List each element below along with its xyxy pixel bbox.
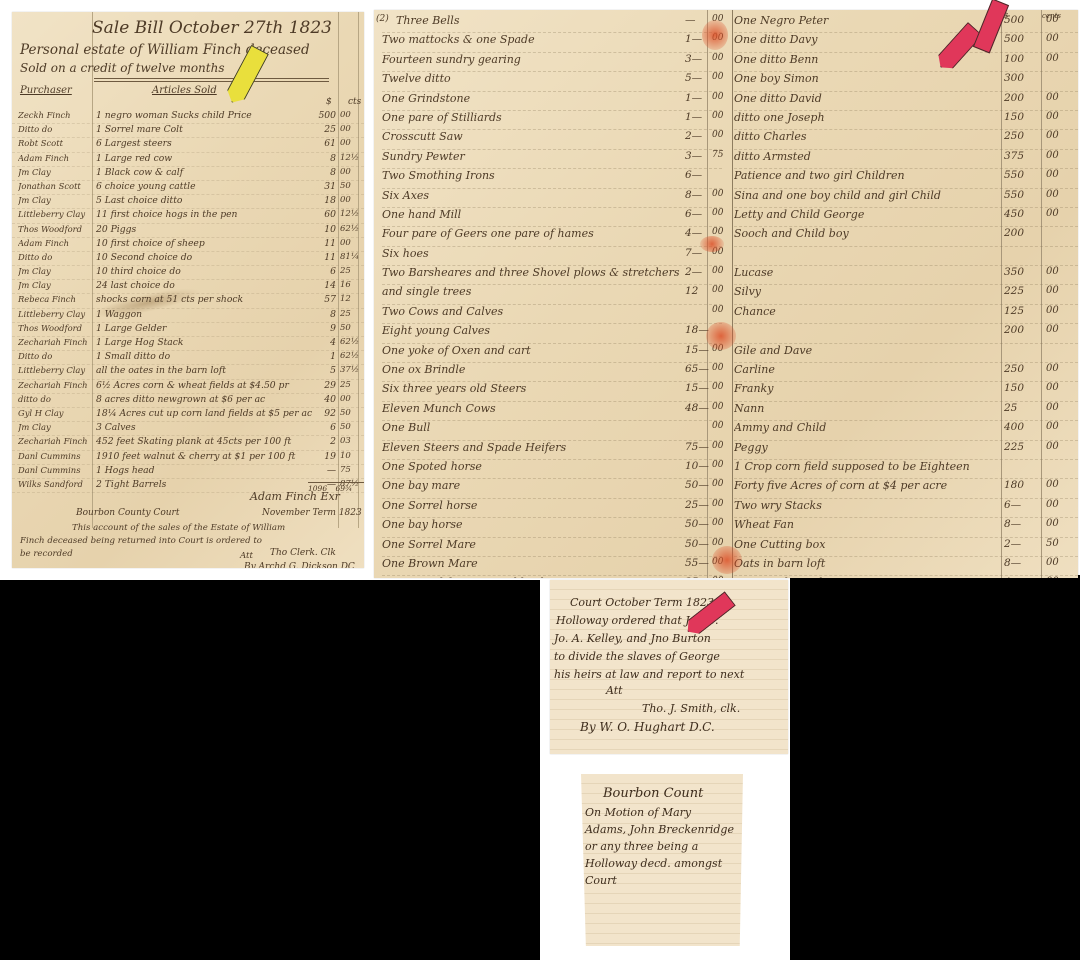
item-description: Oats in barn loft (734, 557, 1002, 570)
cents-cell: 37½ (340, 365, 362, 375)
cents-value: 00 (712, 208, 734, 227)
fragment-line: Bourbon Count (603, 786, 703, 801)
fragment-line: Court October Term 1823, (570, 596, 718, 609)
item-dollars: 375 (1004, 150, 1024, 162)
article-cell: 1 Large Hog Stack (96, 337, 316, 348)
list-item: One ditto Benn10000 (734, 53, 1078, 72)
dollars-cell: 31 (312, 181, 336, 192)
sale-table: Zeckh Finch1 negro woman Sucks child Pri… (12, 110, 364, 493)
list-item: One hand Mill6— (382, 208, 722, 227)
item-description: Six three years old Steers (382, 382, 682, 395)
table-row: Danl Cummins1 Hogs head—75 (12, 465, 364, 479)
item-dollars: 200 (1004, 92, 1024, 104)
cents-value: 00 (712, 111, 734, 130)
article-cell: 10 third choice do (96, 266, 316, 277)
item-dollars: 125 (1004, 305, 1024, 317)
list-item: 20000 (734, 324, 1078, 343)
dollars-cell: 92 (312, 408, 336, 419)
list-item: One boy Simon300 (734, 72, 1078, 91)
fragment-line: to divide the slaves of George (554, 650, 720, 663)
item-cents: 00 (1046, 518, 1059, 529)
item-cents: 00 (1046, 130, 1059, 141)
cents-cell: 00 (340, 110, 362, 120)
purchaser-cell: Thos Woodford (18, 224, 94, 234)
item-description: Gile and Dave (734, 344, 1002, 357)
item-cents: 00 (1046, 576, 1059, 578)
item-description: and single trees (382, 285, 682, 298)
item-cents: 00 (1046, 111, 1059, 122)
clerk-signature: Tho Clerk. Clk (270, 548, 336, 558)
table-row: Adam Finch10 first choice of sheep1100 (12, 238, 364, 252)
list-item: Six three years old Steers15— (382, 382, 722, 401)
list-item: Two Barsheares and three Shovel plows & … (382, 266, 722, 285)
item-dollars: 8— (1004, 518, 1021, 530)
fragment-attest: Att (606, 684, 623, 697)
table-row: Danl Cummins1910 feet walnut & cherry at… (12, 451, 364, 465)
article-cell: 1 Large red cow (96, 153, 316, 164)
list-item: Peggy22500 (734, 441, 1078, 460)
item-description: Ammy and Child (734, 421, 1002, 434)
item-description: One Sorrel four years old colt (382, 576, 682, 578)
wax-seal (700, 236, 724, 252)
cents-cell: 00 (340, 394, 362, 404)
table-row: Zechariah Finch1 Large Hog Stack462½ (12, 337, 364, 351)
document-subtitle-2: Sold on a credit of twelve months (20, 61, 224, 75)
cents-cell: 62½ (340, 224, 362, 234)
court-date: November Term 1823 (262, 508, 362, 518)
item-dollars: 25 (1004, 402, 1017, 414)
list-item: One Brown Mare55— (382, 557, 722, 576)
dollars-cell: 8 (312, 309, 336, 320)
dollars-cell: 18 (312, 195, 336, 206)
item-cents: 00 (1046, 208, 1059, 219)
item-dollars: 180 (1004, 479, 1024, 491)
item-description: One Bull (382, 421, 682, 434)
page-number-mark: (2) (376, 14, 389, 24)
item-description: ditto one Joseph (734, 111, 1002, 124)
inventory-document: $ cents Three Bells—(2)Two mattocks & on… (374, 10, 1078, 578)
cents-value: 00 (712, 92, 734, 111)
item-value: 2— (685, 130, 702, 142)
cents-value: 00 (712, 53, 734, 72)
item-description: Letty and Child George (734, 208, 1002, 221)
item-description: Nann (734, 402, 1002, 415)
fragment-line: Holloway decd. amongst (585, 857, 722, 870)
item-value: 8— (685, 189, 702, 201)
article-cell: 5 Last choice ditto (96, 195, 316, 206)
item-value: 65— (685, 363, 709, 375)
cents-cell: 00 (340, 238, 362, 248)
item-cents: 00 (1046, 382, 1059, 393)
fragment-line: or any three being a (585, 840, 698, 853)
item-description: One yoke of Oxen and cart (382, 344, 682, 357)
article-cell: 11 first choice hogs in the pen (96, 209, 316, 220)
cents-value: 00 (712, 518, 734, 537)
list-item: 1 Crop corn field supposed to be Eightee… (734, 460, 1078, 479)
list-item: Chance12500 (734, 305, 1078, 324)
purchaser-header: Purchaser (20, 85, 72, 96)
article-cell: 1 Large Gelder (96, 323, 316, 334)
dollars-cell: 1 (312, 351, 336, 362)
item-description: One Spoted horse (382, 460, 682, 473)
cents-value: 00 (712, 421, 734, 440)
purchaser-cell: Danl Cummins (18, 451, 94, 461)
article-cell: 10 Second choice do (96, 252, 316, 263)
article-cell: shocks corn at 51 cts per shock (96, 294, 316, 305)
list-item: ditto Charles25000 (734, 130, 1078, 149)
item-cents: 50 (1046, 538, 1059, 549)
article-cell: 1 Sorrel mare Colt (96, 124, 316, 135)
list-item: Oats in barn loft8—00 (734, 557, 1078, 576)
item-value: 1— (685, 33, 702, 45)
item-dollars: 2— (1004, 538, 1021, 550)
item-dollars: 300 (1004, 72, 1024, 84)
dollars-cell: 8 (312, 153, 336, 164)
item-description: Eleven Munch Cows (382, 402, 682, 415)
list-item: Sooch and Child boy200 (734, 227, 1078, 246)
purchaser-cell: Jonathan Scott (18, 181, 94, 191)
list-item: Eleven Steers and Spade Heifers75— (382, 441, 722, 460)
list-item: Carline25000 (734, 363, 1078, 382)
item-cents: 00 (1046, 479, 1059, 490)
dollars-cell: 29 (312, 380, 336, 391)
list-item: Lucase35000 (734, 266, 1078, 285)
table-row: Jonathan Scott6 choice young cattle3150 (12, 181, 364, 195)
purchaser-cell: Ditto do (18, 252, 94, 262)
sale-bill-document: Sale Bill October 27th 1823 Personal est… (12, 12, 364, 568)
list-item: One bay mare50— (382, 479, 722, 498)
fragment-clerk: Tho. J. Smith, clk. (642, 702, 740, 715)
item-description: Silvy (734, 285, 1002, 298)
black-background-right (790, 575, 1080, 960)
cents-value: 00 (712, 460, 734, 479)
item-cents: 00 (1046, 499, 1059, 510)
item-description: Eight young Calves (382, 324, 682, 337)
dollars-cell: 60 (312, 209, 336, 220)
item-description: Two Smothing Irons (382, 169, 682, 182)
dollars-cell: 6 (312, 266, 336, 277)
item-value: 12 (685, 285, 698, 297)
purchaser-cell: Zeckh Finch (18, 110, 94, 120)
cents-value: 00 (712, 479, 734, 498)
cents-value: 00 (712, 499, 734, 518)
cents-value: 00 (712, 576, 734, 578)
purchaser-cell: Adam Finch (18, 153, 94, 163)
item-value: 1— (685, 92, 702, 104)
cents-value (712, 169, 734, 188)
list-item: One bay horse50— (382, 518, 722, 537)
item-description: Franky (734, 382, 1002, 395)
cents-cell: 50 (340, 323, 362, 333)
item-cents: 00 (1046, 53, 1059, 64)
item-dollars: 250 (1004, 363, 1024, 375)
item-value: 35— (685, 576, 709, 578)
item-description: One Sorrel horse (382, 499, 682, 512)
article-cell: 18¼ Acres cut up corn land fields at $5 … (96, 408, 316, 419)
article-cell: 1 Small ditto do (96, 351, 316, 362)
cents-cell: 00 (340, 124, 362, 134)
item-value: 4— (685, 227, 702, 239)
purchaser-cell: Wilks Sandford (18, 479, 94, 489)
article-cell: 6 Largest steers (96, 138, 316, 149)
list-item: Patience and two girl Children55000 (734, 169, 1078, 188)
list-item: Eight young Calves18— (382, 324, 722, 343)
court-order-line: Finch deceased being returned into Court… (20, 536, 262, 546)
item-description: 1 Crop corn field supposed to be Eightee… (734, 460, 1002, 473)
item-value: 3— (685, 150, 702, 162)
item-value: 10— (685, 460, 709, 472)
dollars-cell: 10 (312, 224, 336, 235)
fragment-line: Jo. A. Kelley, and Jno Burton (554, 632, 711, 645)
item-dollars: 225 (1004, 441, 1024, 453)
item-cents: 00 (1046, 305, 1059, 316)
table-row: Zechariah Finch6½ Acres corn & wheat fie… (12, 380, 364, 394)
list-item: Six hoes7— (382, 247, 722, 266)
cents-value: 00 (712, 72, 734, 91)
inventory-left-list: Three Bells—(2)Two mattocks & one Spade1… (382, 14, 722, 578)
table-row: Littleberry Clay11 first choice hogs in … (12, 209, 364, 223)
list-item: Gile and Dave (734, 344, 1078, 363)
table-row: ditto do8 acres ditto newgrown at $6 per… (12, 394, 364, 408)
cents-value: 75 (712, 150, 734, 169)
item-value: 15— (685, 382, 709, 394)
item-value: 25— (685, 499, 709, 511)
wax-seal (702, 20, 728, 50)
article-cell: 2 Tight Barrels (96, 479, 316, 490)
fragment-line: Court (585, 874, 617, 887)
article-cell: 10 first choice of sheep (96, 238, 316, 249)
item-cents: 00 (1046, 150, 1059, 161)
list-item: One two horse harrow4—00 (734, 576, 1078, 578)
list-item: Eleven Munch Cows48— (382, 402, 722, 421)
dollars-cell: — (312, 465, 336, 476)
item-dollars: 400 (1004, 421, 1024, 433)
cents-cell: 00 (340, 167, 362, 177)
purchaser-cell: Jm Clay (18, 422, 94, 432)
cents-header: cts (348, 97, 361, 107)
cents-value: 00 (712, 382, 734, 401)
cents-value: 00 (712, 189, 734, 208)
dollars-cell: 14 (312, 280, 336, 291)
item-value: 2— (685, 266, 702, 278)
article-cell: 8 acres ditto newgrown at $6 per ac (96, 394, 316, 405)
item-description: Two Barsheares and three Shovel plows & … (382, 266, 682, 279)
list-item: Wheat Fan8—00 (734, 518, 1078, 537)
cents-value: 00 (712, 363, 734, 382)
black-background-left (0, 580, 540, 960)
list-item: Franky15000 (734, 382, 1078, 401)
cents-cell: 00 (340, 138, 362, 148)
list-item: Two wry Stacks6—00 (734, 499, 1078, 518)
fragment-deputy: By W. O. Hughart D.C. (580, 720, 715, 734)
purchaser-cell: Littleberry Clay (18, 209, 94, 219)
item-cents: 00 (1046, 92, 1059, 103)
list-item: One Spoted horse10— (382, 460, 722, 479)
item-dollars: 500 (1004, 33, 1024, 45)
document-title: Sale Bill October 27th 1823 (92, 18, 332, 38)
list-item: Twelve ditto5— (382, 72, 722, 91)
list-item: One Grindstone1— (382, 92, 722, 111)
cents-cell: 12½ (340, 209, 362, 219)
item-dollars: 100 (1004, 53, 1024, 65)
item-value: 6— (685, 169, 702, 181)
table-row: Adam Finch1 Large red cow812½ (12, 153, 364, 167)
item-description: Wheat Fan (734, 518, 1002, 531)
item-description: Fourteen sundry gearing (382, 53, 682, 66)
purchaser-cell: Zechariah Finch (18, 380, 94, 390)
article-cell: 3 Calves (96, 422, 316, 433)
list-item: One Negro Peter50000 (734, 14, 1078, 33)
item-value: 15— (685, 344, 709, 356)
cents-cell: 12 (340, 294, 362, 304)
deputy-clerk-signature: By Archd G. Dickson DC (244, 562, 355, 568)
purchaser-cell: ditto do (18, 394, 94, 404)
purchaser-cell: Thos Woodford (18, 323, 94, 333)
item-value: 3— (685, 53, 702, 65)
table-row: Rebeca Finchshocks corn at 51 cts per sh… (12, 294, 364, 308)
purchaser-cell: Jm Clay (18, 167, 94, 177)
purchaser-cell: Jm Clay (18, 195, 94, 205)
purchaser-cell: Littleberry Clay (18, 309, 94, 319)
article-cell: all the oates in the barn loft (96, 365, 316, 376)
dollars-cell: 11 (312, 252, 336, 263)
dollars-cell: 8 (312, 167, 336, 178)
cents-cell: 16 (340, 280, 362, 290)
list-item: Four pare of Geers one pare of hames4— (382, 227, 722, 246)
cents-cell: 25 (340, 309, 362, 319)
item-dollars: 550 (1004, 169, 1024, 181)
item-description: Two Cows and Calves (382, 305, 682, 318)
item-description: One hand Mill (382, 208, 682, 221)
item-description: One bay mare (382, 479, 682, 492)
article-cell: 20 Piggs (96, 224, 316, 235)
purchaser-cell: Ditto do (18, 124, 94, 134)
item-cents: 00 (1046, 33, 1059, 44)
table-row: Zeckh Finch1 negro woman Sucks child Pri… (12, 110, 364, 124)
cents-cell: 75 (340, 465, 362, 475)
item-description: One boy Simon (734, 72, 1002, 85)
item-cents: 00 (1046, 169, 1059, 180)
table-row: Jm Clay10 third choice do625 (12, 266, 364, 280)
header-rule (94, 78, 329, 79)
dollars-cell: 40 (312, 394, 336, 405)
item-value: 6— (685, 208, 702, 220)
cents-value: 00 (712, 441, 734, 460)
cents-cell: 62½ (340, 337, 362, 347)
dollars-cell: 2 (312, 436, 336, 447)
list-item: and single trees12 (382, 285, 722, 304)
item-description: One ox Brindle (382, 363, 682, 376)
item-value: 50— (685, 518, 709, 530)
item-description: One pare of Stilliards (382, 111, 682, 124)
table-row: Jm Clay5 Last choice ditto1800 (12, 195, 364, 209)
list-item: One yoke of Oxen and cart15— (382, 344, 722, 363)
list-item: Two Smothing Irons6— (382, 169, 722, 188)
list-item: One Cutting box2—50 (734, 538, 1078, 557)
cents-cell: 00 (340, 195, 362, 205)
cents-cell: 50 (340, 181, 362, 191)
item-description: Patience and two girl Children (734, 169, 1002, 182)
item-description: One ditto David (734, 92, 1002, 105)
item-description: Six Axes (382, 189, 682, 202)
list-item (734, 247, 1078, 266)
table-row: Ditto do10 Second choice do1181¼ (12, 252, 364, 266)
list-item: One ditto David20000 (734, 92, 1078, 111)
list-item: One Bull (382, 421, 722, 440)
list-item: Crosscutt Saw2— (382, 130, 722, 149)
dollars-cell: 4 (312, 337, 336, 348)
dollars-cell: 9 (312, 323, 336, 334)
item-value: 50— (685, 538, 709, 550)
item-description: ditto Charles (734, 130, 1002, 143)
table-row: Jm Clay24 last choice do1416 (12, 280, 364, 294)
item-dollars: 500 (1004, 14, 1024, 26)
fragment-line: his heirs at law and report to next (554, 668, 744, 681)
item-description: Two wry Stacks (734, 499, 1002, 512)
item-cents: 00 (1046, 285, 1059, 296)
item-description: Sundry Pewter (382, 150, 682, 163)
cents-cell: 62½ (340, 351, 362, 361)
item-description: One bay horse (382, 518, 682, 531)
item-description: Eleven Steers and Spade Heifers (382, 441, 682, 454)
item-description: Sooch and Child boy (734, 227, 1002, 240)
purchaser-cell: Jm Clay (18, 266, 94, 276)
cents-value: 00 (712, 285, 734, 304)
list-item: One ox Brindle65— (382, 363, 722, 382)
article-cell: 1 Waggon (96, 309, 316, 320)
dollars-cell: 5 (312, 365, 336, 376)
item-cents: 00 (1046, 402, 1059, 413)
article-cell: 1910 feet walnut & cherry at $1 per 100 … (96, 451, 316, 462)
cents-cell: 12½ (340, 153, 362, 163)
item-description: One Brown Mare (382, 557, 682, 570)
purchaser-cell: Zechariah Finch (18, 436, 94, 446)
item-value: 48— (685, 402, 709, 414)
item-dollars: 450 (1004, 208, 1024, 220)
item-value: 1— (685, 111, 702, 123)
fragment-line: On Motion of Mary (585, 806, 691, 819)
item-value: — (685, 14, 696, 26)
cents-cell: 10 (340, 451, 362, 461)
table-row: Jm Clay1 Black cow & calf800 (12, 167, 364, 181)
article-cell: 6 choice young cattle (96, 181, 316, 192)
table-row: Ditto do1 Sorrel mare Colt2500 (12, 124, 364, 138)
purchaser-cell: Rebeca Finch (18, 294, 94, 304)
cents-value: 00 (712, 266, 734, 285)
item-cents: 00 (1046, 189, 1059, 200)
wax-seal (712, 546, 742, 574)
list-item: Three Bells—(2) (382, 14, 722, 33)
executor-signature: Adam Finch Exr (250, 490, 340, 503)
item-dollars: 8— (1004, 557, 1021, 569)
item-value: 55— (685, 557, 709, 569)
item-cents: 00 (1046, 557, 1059, 568)
list-item: One pare of Stilliards1— (382, 111, 722, 130)
item-description: Four pare of Geers one pare of hames (382, 227, 682, 240)
purchaser-cell: Ditto do (18, 351, 94, 361)
dollars-cell: 25 (312, 124, 336, 135)
court-order-line: This account of the sales of the Estate … (72, 523, 285, 533)
item-description: Chance (734, 305, 1002, 318)
cents-cell: 50 (340, 422, 362, 432)
list-item: ditto one Joseph15000 (734, 111, 1078, 130)
item-cents: 00 (1046, 14, 1059, 25)
purchaser-cell: Robt Scott (18, 138, 94, 148)
attest-label: Att (240, 551, 253, 561)
item-dollars: 225 (1004, 285, 1024, 297)
item-description: One Negro Peter (734, 14, 1002, 27)
item-description: One Grindstone (382, 92, 682, 105)
